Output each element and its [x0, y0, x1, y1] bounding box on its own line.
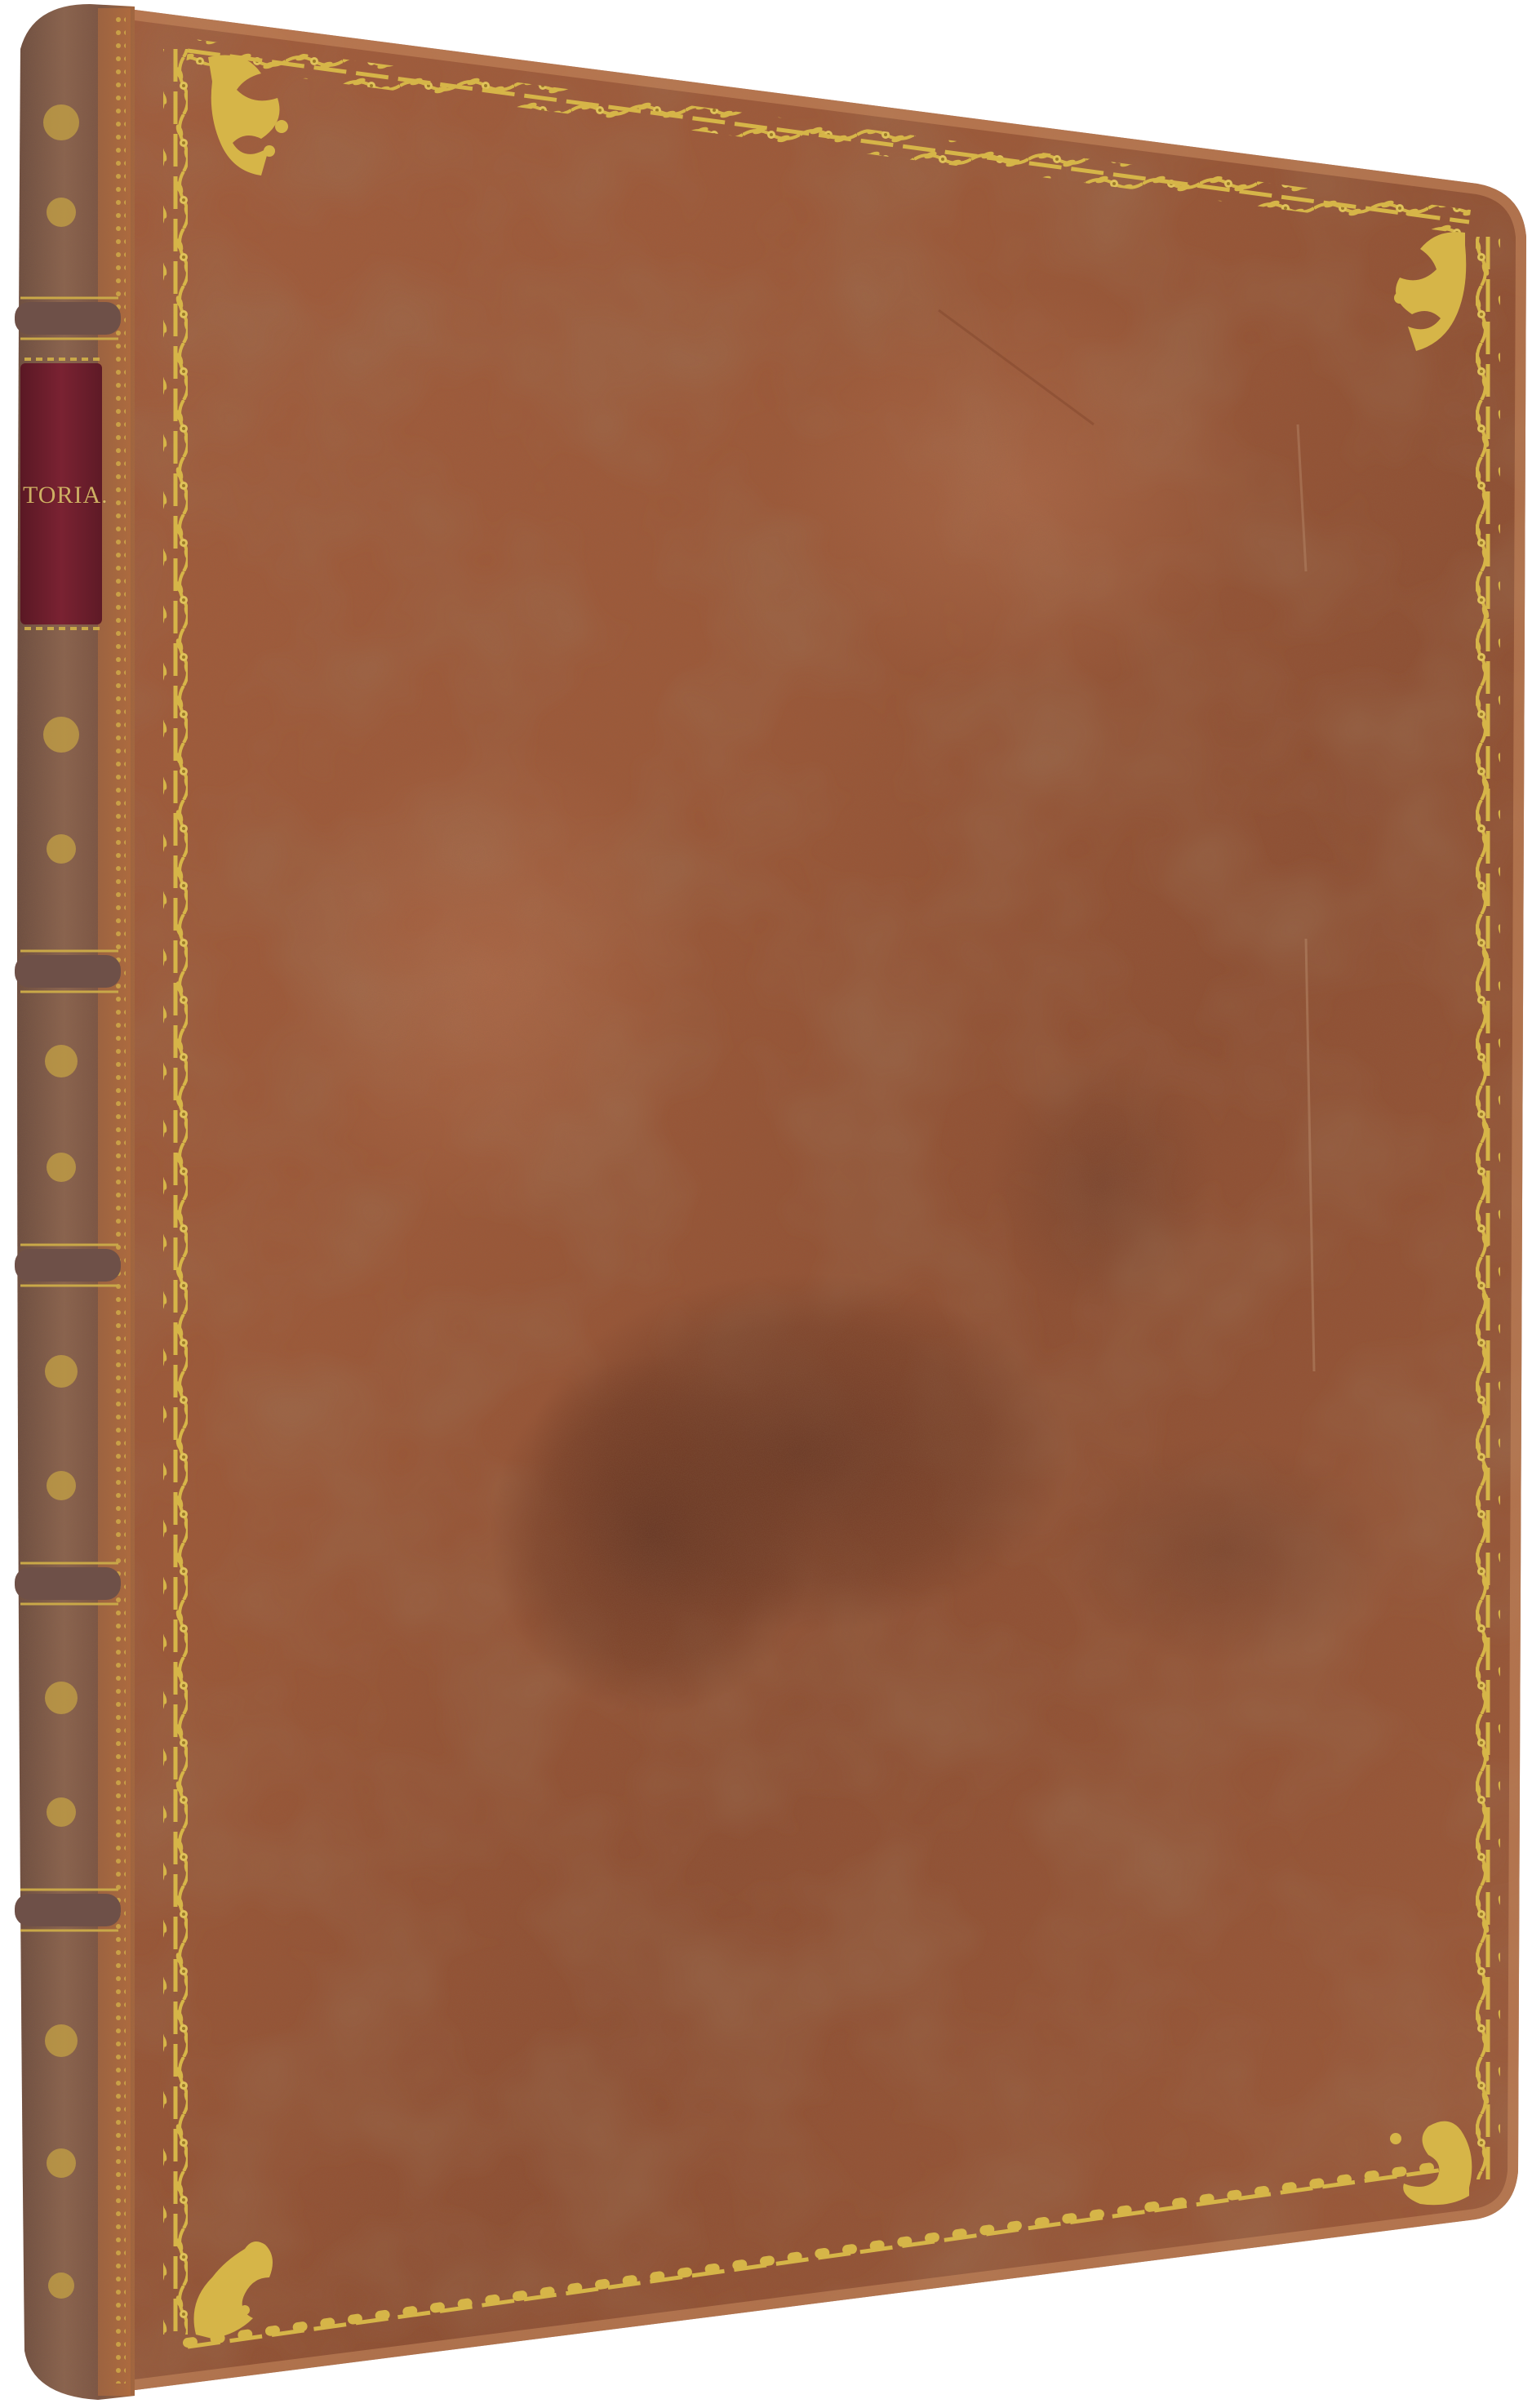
spine-title-text: TORIA. — [23, 482, 98, 509]
front-cover — [0, 0, 1532, 2408]
spine — [15, 4, 135, 2400]
gilt-border-left — [163, 49, 188, 2335]
book-photo: TORIA. — [0, 0, 1532, 2408]
book-illustration — [0, 0, 1532, 2408]
gilt-border-right — [1476, 237, 1500, 2179]
